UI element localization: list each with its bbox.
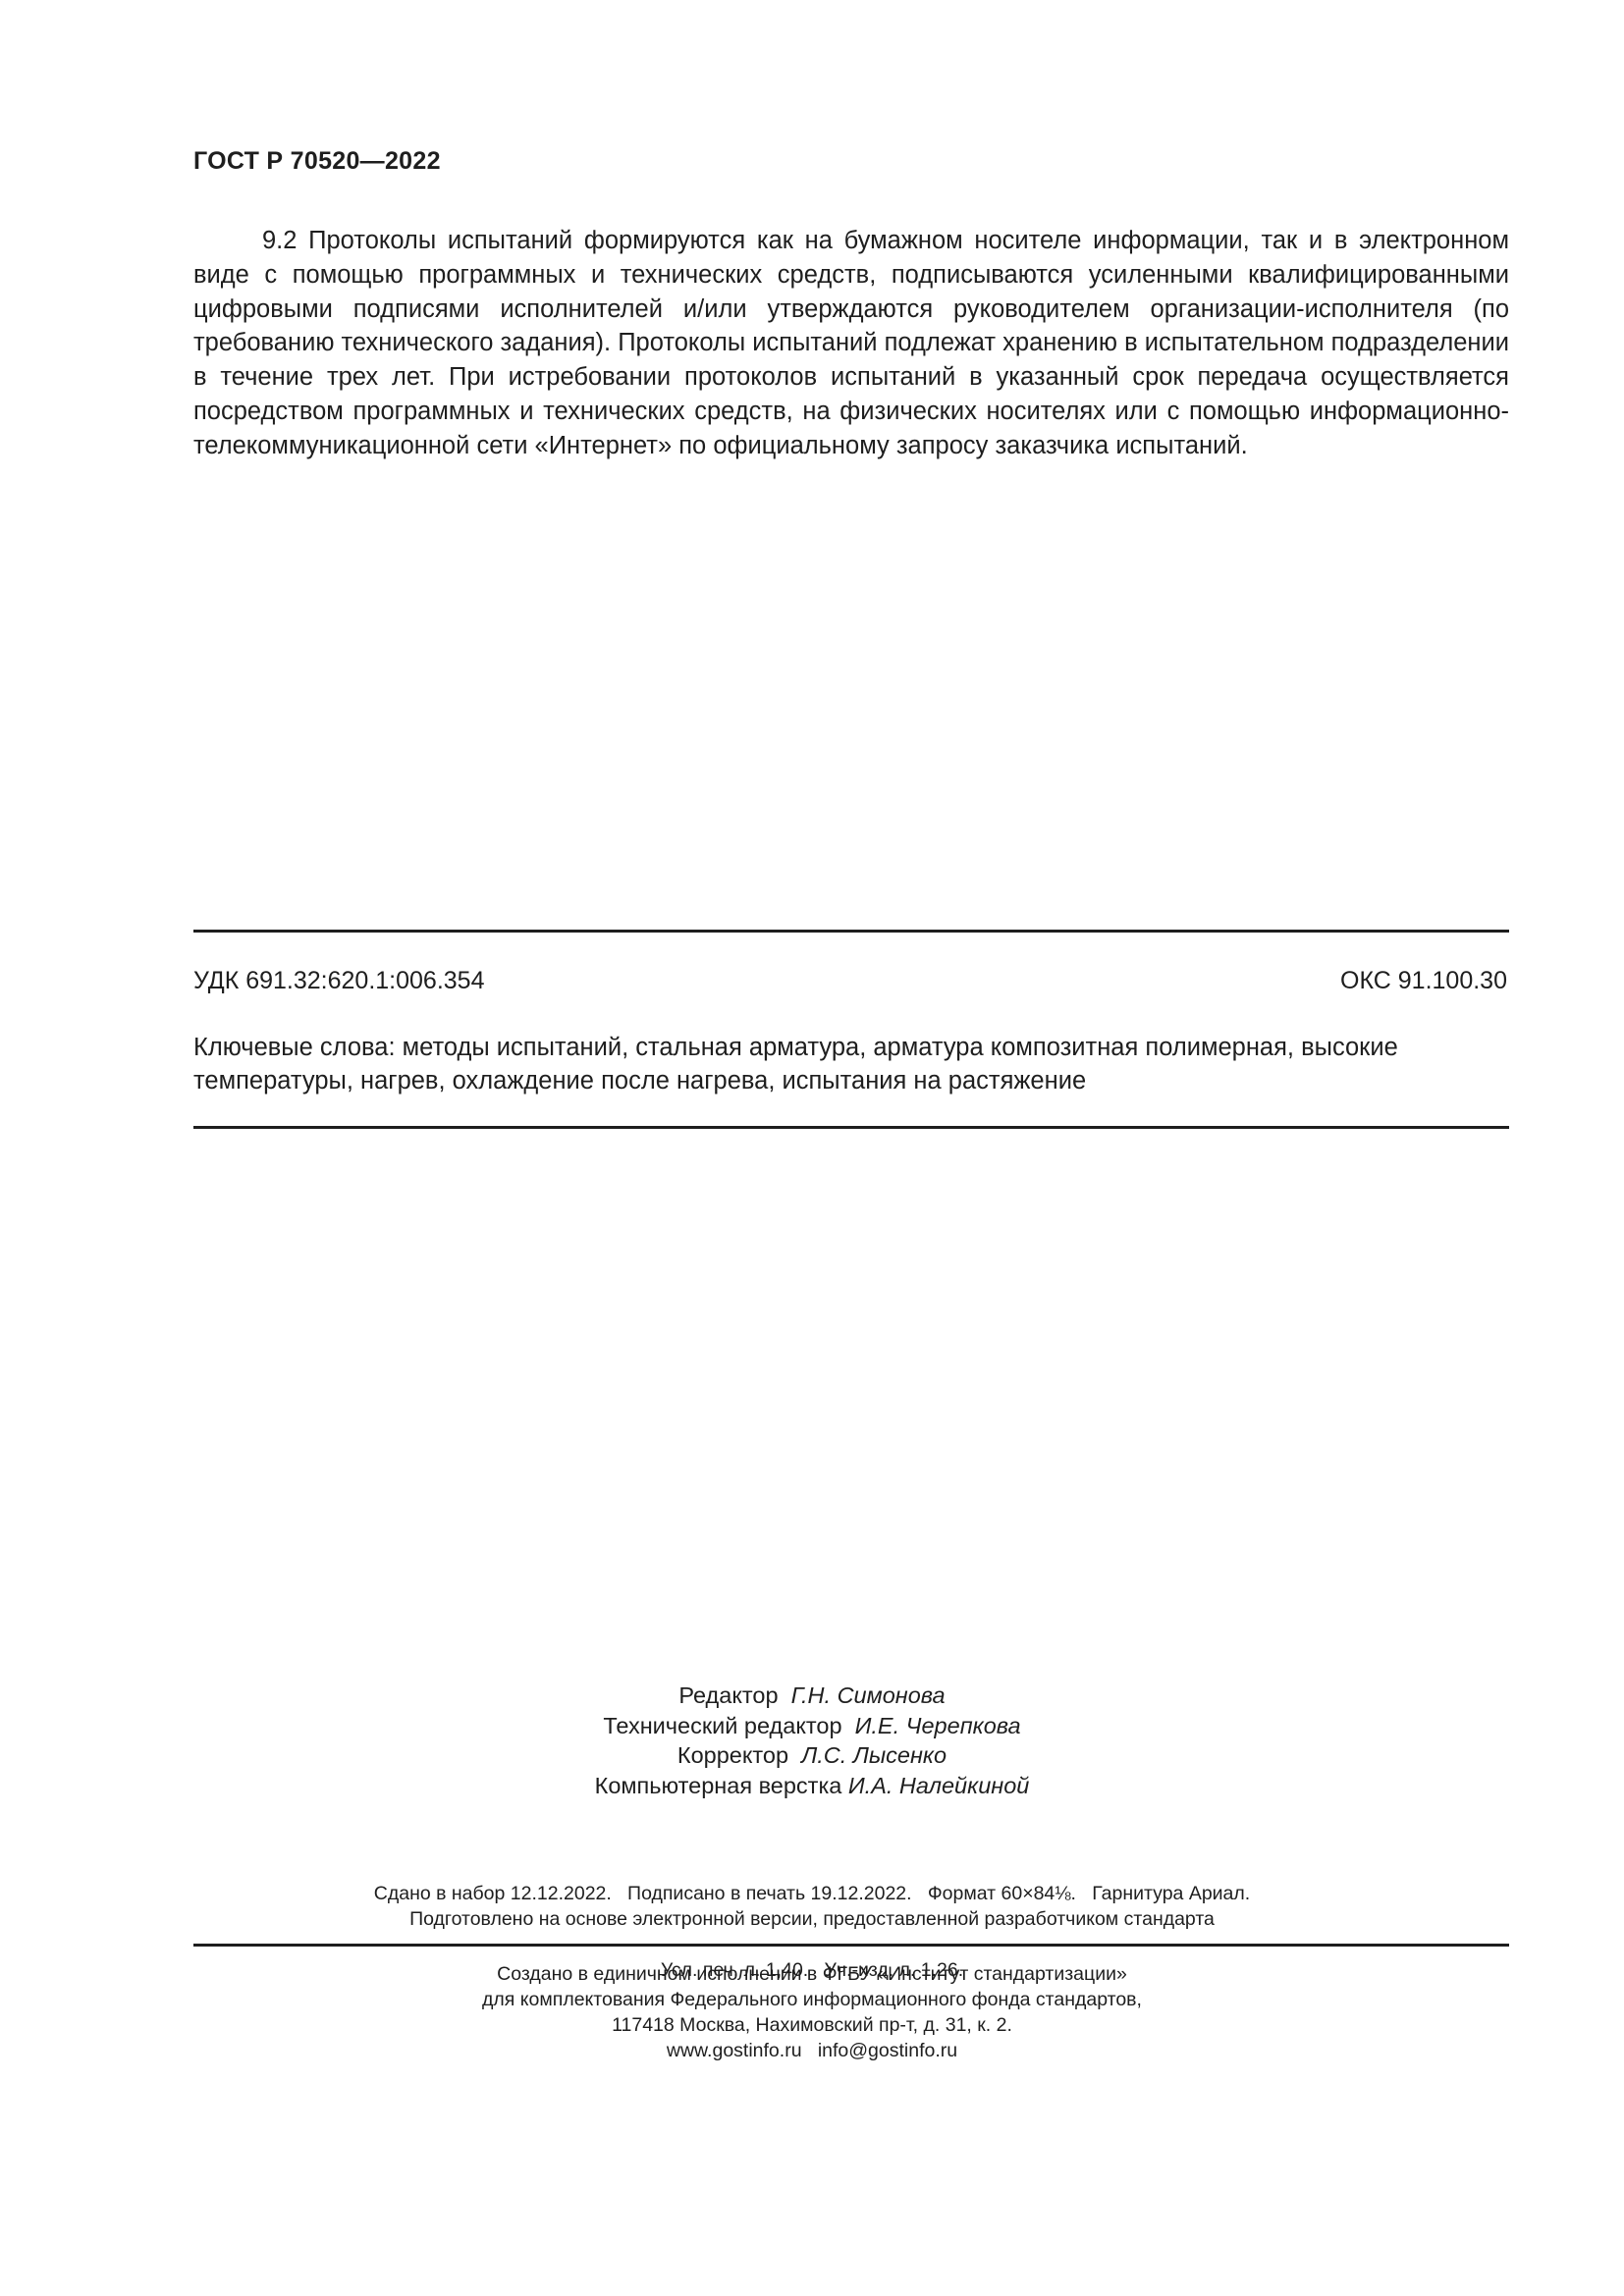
credit-layout: Компьютерная верстка И.А. Налейкиной <box>0 1771 1624 1801</box>
udk-code: УДК 691.32:620.1:006.354 <box>193 967 484 995</box>
keywords-block: Ключевые слова: методы испытаний, стальн… <box>193 1031 1509 1097</box>
editorial-credits: Редактор Г.Н. Симонова Технический редак… <box>0 1681 1624 1800</box>
imprint-line-1: Сдано в набор 12.12.2022. Подписано в пе… <box>0 1881 1624 1906</box>
credit-name: И.Е. Черепкова <box>855 1713 1021 1738</box>
section-9-2-paragraph: 9.2 Протоколы испытаний формируются как … <box>193 224 1509 463</box>
publisher-info: Создано в единичном исполнении в ФГБУ «И… <box>0 1961 1624 2063</box>
document-page: ГОСТ Р 70520—2022 9.2 Протоколы испытани… <box>0 0 1624 2296</box>
publisher-line-1: Создано в единичном исполнении в ФГБУ «И… <box>0 1961 1624 1987</box>
credit-role: Редактор <box>678 1682 778 1708</box>
credit-technical-editor: Технический редактор И.Е. Черепкова <box>0 1711 1624 1741</box>
credit-editor: Редактор Г.Н. Симонова <box>0 1681 1624 1711</box>
credit-role: Технический редактор <box>603 1713 841 1738</box>
website-link[interactable]: www.gostinfo.ru <box>667 2040 802 2061</box>
credit-name: Л.С. Лысенко <box>801 1742 947 1768</box>
divider-bottom <box>193 1944 1509 1947</box>
divider-top <box>193 930 1509 933</box>
credit-role: Корректор <box>677 1742 788 1768</box>
email-link[interactable]: info@gostinfo.ru <box>818 2040 957 2061</box>
document-code-header: ГОСТ Р 70520—2022 <box>193 147 441 176</box>
credit-role: Компьютерная верстка <box>595 1773 842 1798</box>
credit-name: И.А. Налейкиной <box>848 1773 1029 1798</box>
divider-keywords <box>193 1126 1509 1129</box>
publisher-line-2: для комплектования Федерального информац… <box>0 1987 1624 2012</box>
publisher-contacts: www.gostinfo.ru info@gostinfo.ru <box>0 2038 1624 2063</box>
publisher-address: 117418 Москва, Нахимовский пр-т, д. 31, … <box>0 2012 1624 2038</box>
prepared-note: Подготовлено на основе электронной верси… <box>0 1908 1624 1931</box>
credit-corrector: Корректор Л.С. Лысенко <box>0 1740 1624 1771</box>
oks-code: ОКС 91.100.30 <box>1340 967 1507 995</box>
credit-name: Г.Н. Симонова <box>791 1682 946 1708</box>
